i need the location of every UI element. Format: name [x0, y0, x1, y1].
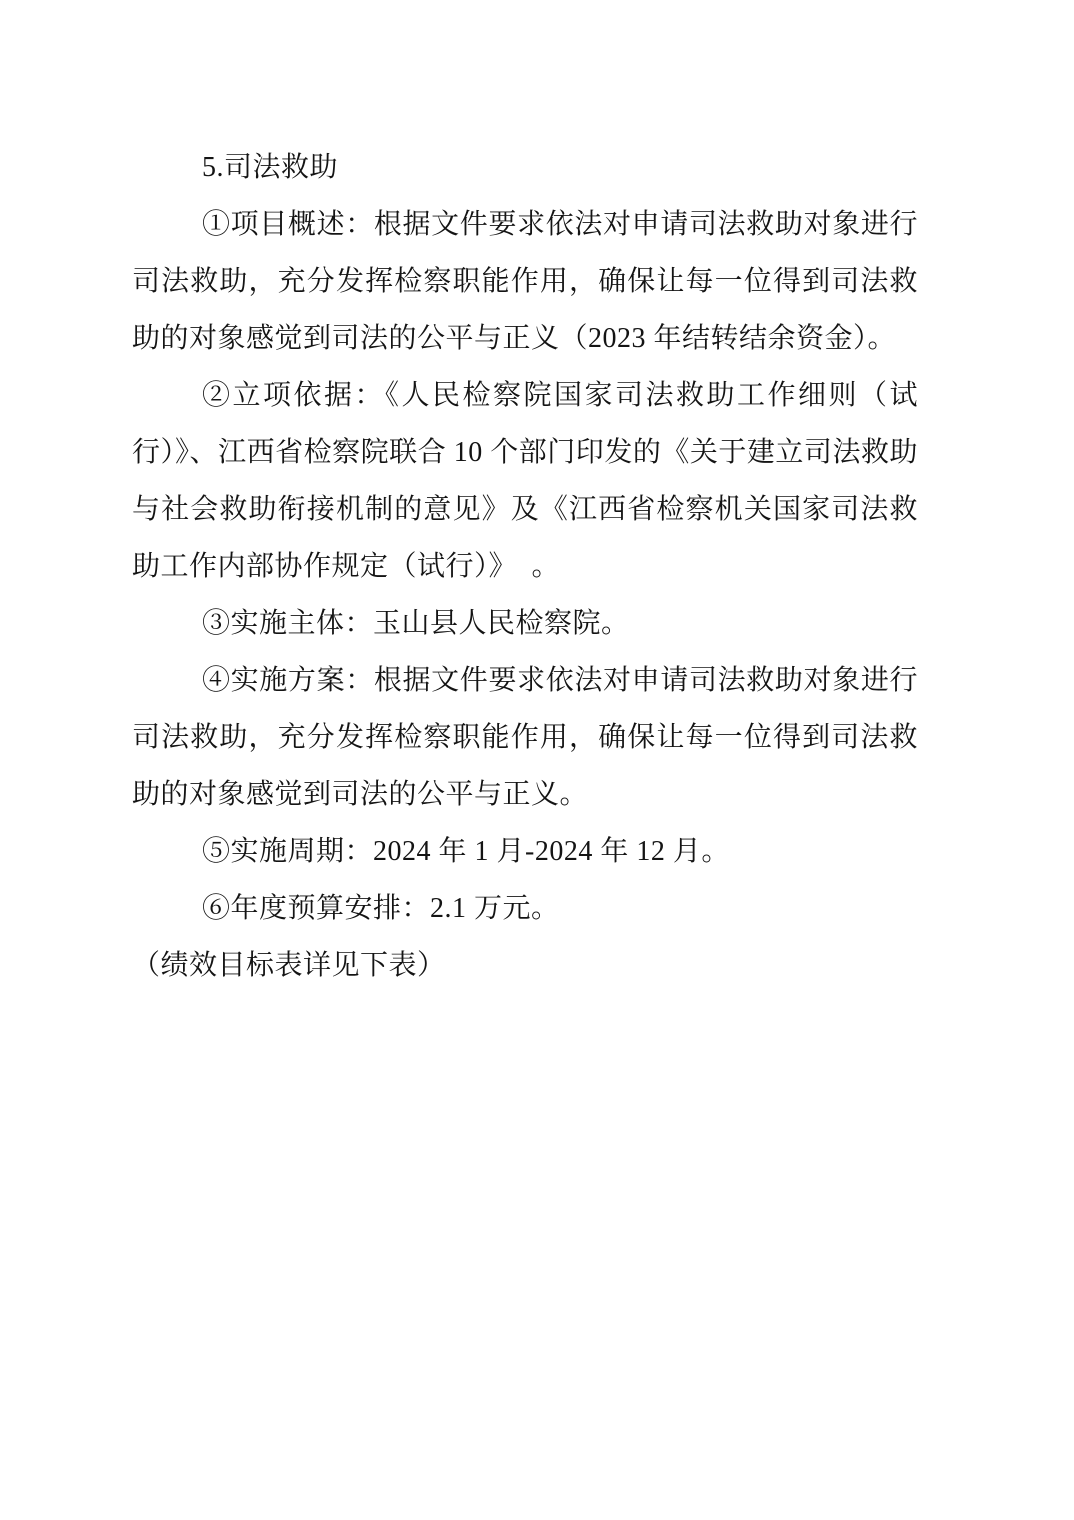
paragraph-annual-budget: ⑥年度预算安排：2.1 万元。 — [132, 880, 918, 937]
paragraph-project-overview: ①项目概述：根据文件要求依法对申请司法救助对象进行司法救助，充分发挥检察职能作用… — [132, 196, 918, 367]
document-body: 5.司法救助 ①项目概述：根据文件要求依法对申请司法救助对象进行司法救助，充分发… — [132, 139, 918, 994]
paragraph-implementation-period: ⑤实施周期：2024 年 1 月-2024 年 12 月。 — [132, 823, 918, 880]
document-page: 5.司法救助 ①项目概述：根据文件要求依法对申请司法救助对象进行司法救助，充分发… — [0, 0, 1074, 1520]
footnote-performance-table: （绩效目标表详见下表） — [132, 937, 918, 994]
paragraph-project-basis: ②立项依据：《人民检察院国家司法救助工作细则（试行）》、江西省检察院联合 10 … — [132, 367, 918, 595]
paragraph-implementing-body: ③实施主体：玉山县人民检察院。 — [132, 595, 918, 652]
paragraph-implementation-plan: ④实施方案：根据文件要求依法对申请司法救助对象进行司法救助，充分发挥检察职能作用… — [132, 652, 918, 823]
section-title: 5.司法救助 — [132, 139, 918, 196]
